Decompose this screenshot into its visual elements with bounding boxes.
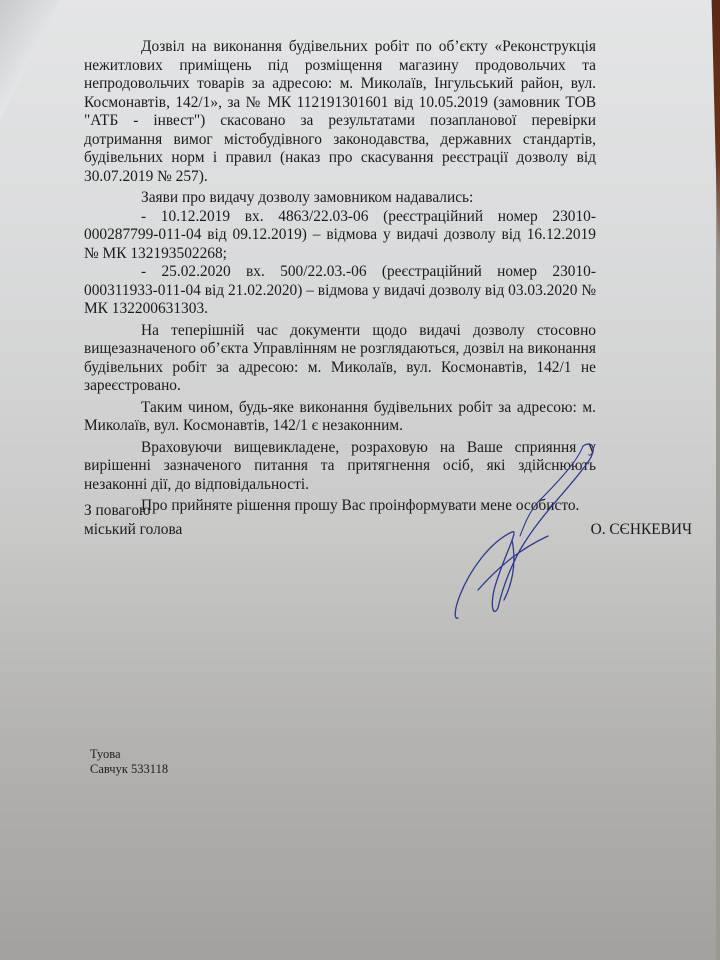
paragraph-applications-intro: Заяви про видачу дозволу замовником нада…: [84, 189, 596, 208]
footer-executor: Туова Савчук 533118: [90, 747, 168, 777]
paragraph-illegal-works: Таким чином, будь-яке виконання будівель…: [84, 399, 596, 436]
paragraph-permit-cancelled: Дозвіл на виконання будівельних робіт по…: [84, 38, 596, 186]
application-item-2: - 25.02.2020 вх. 500/22.03.-06 (реєстрац…: [84, 263, 596, 319]
regards-text: З повагою: [84, 502, 720, 521]
signature-block: З повагою міський голова О. СЄНКЕВИЧ: [84, 502, 720, 539]
application-item-1: - 10.12.2019 вх. 4863/22.03-06 (реєстрац…: [84, 208, 596, 264]
footer-line-1: Туова: [90, 747, 168, 762]
footer-line-2: Савчук 533118: [90, 762, 168, 777]
handwritten-signature-icon: [420, 440, 620, 630]
paragraph-current-status: На теперішній час документи щодо видачі …: [84, 322, 596, 396]
